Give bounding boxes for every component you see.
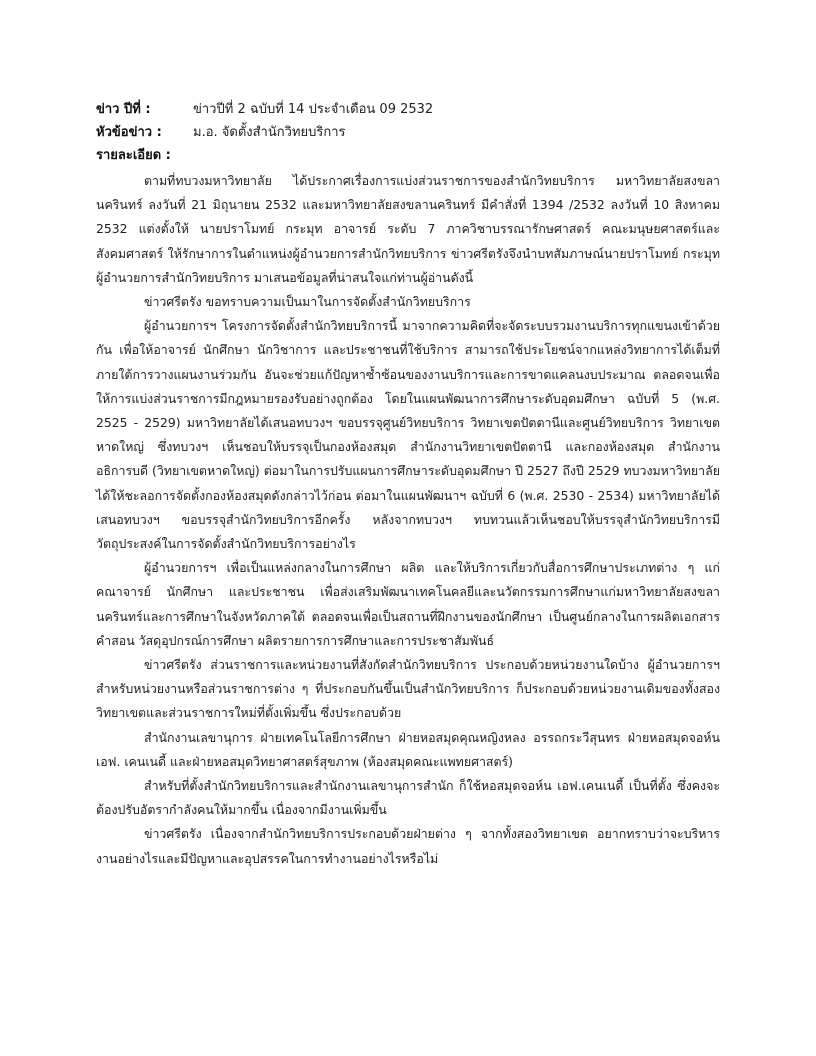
paragraph-answer-2: ผู้อำนวยการฯ เพื่อเป็นแหล่งกลางในการศึกษ… (96, 556, 720, 653)
detail-label: รายละเอียด : (96, 144, 720, 167)
paragraph-intro: ตามที่ทบวงมหาวิทยาลัย ได้ประกาศเรื่องการ… (96, 169, 720, 290)
article-body: ตามที่ทบวงมหาวิทยาลัย ได้ประกาศเรื่องการ… (96, 169, 720, 871)
headline-label: หัวข้อข่าว : (96, 121, 193, 144)
news-year-label: ข่าว ปีที่ : (96, 98, 193, 121)
headline-row: หัวข้อข่าว : ม.อ. จัดตั้งสำนักวิทยบริการ (96, 121, 720, 144)
paragraph-answer-1: ผู้อำนวยการฯ โครงการจัดตั้งสำนักวิทยบริก… (96, 314, 720, 556)
news-year-row: ข่าว ปีที่ : ข่าวปีที่ 2 ฉบับที่ 14 ประจ… (96, 98, 720, 121)
paragraph-question-answer-3: ข่าวศรีตรัง ส่วนราชการและหน่วยงานที่สังก… (96, 653, 720, 726)
paragraph-location: สำหรับที่ตั้งสำนักวิทยบริการและสำนักงานเ… (96, 774, 720, 822)
news-year-value: ข่าวปีที่ 2 ฉบับที่ 14 ประจำเดือน 09 253… (193, 98, 433, 121)
paragraph-units-list: สำนักงานเลขานุการ ฝ่ายเทคโนโลยีการศึกษา … (96, 726, 720, 774)
paragraph-question-4: ข่าวศรีตรัง เนื่องจากสำนักวิทยบริการประก… (96, 822, 720, 870)
news-document: ข่าว ปีที่ : ข่าวปีที่ 2 ฉบับที่ 14 ประจ… (96, 98, 720, 871)
headline-value: ม.อ. จัดตั้งสำนักวิทยบริการ (193, 121, 346, 144)
paragraph-question-1: ข่าวศรีตรัง ขอทราบความเป็นมาในการจัดตั้ง… (96, 290, 720, 314)
